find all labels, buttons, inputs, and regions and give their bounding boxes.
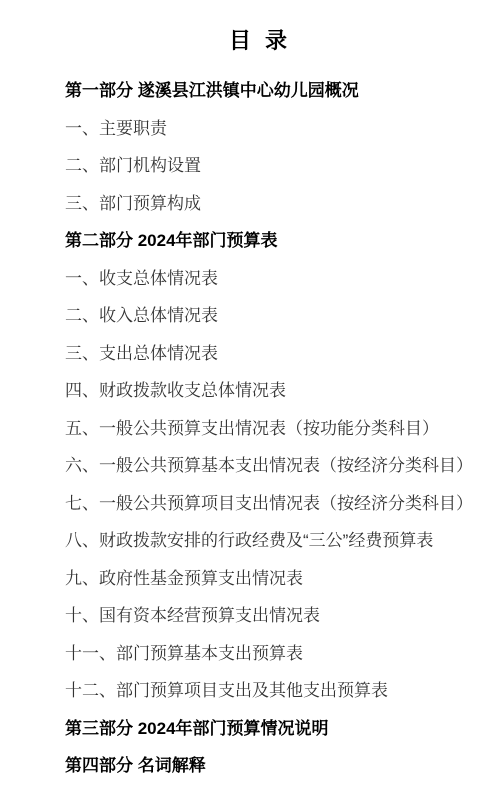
- toc-section-heading: 第四部分 名词解释: [65, 747, 464, 785]
- toc-item: 二、收入总体情况表: [65, 297, 464, 335]
- toc-item: 二、部门机构设置: [65, 147, 464, 185]
- toc-item: 七、一般公共预算项目支出情况表（按经济分类科目）: [65, 485, 464, 523]
- toc-item: 八、财政拨款安排的行政经费及“三公”经费预算表: [65, 522, 464, 560]
- toc-section-heading: 第二部分 2024年部门预算表: [65, 222, 464, 260]
- toc-list: 第一部分 遂溪县江洪镇中心幼儿园概况一、主要职责二、部门机构设置三、部门预算构成…: [0, 72, 494, 785]
- toc-item: 十、国有资本经营预算支出情况表: [65, 597, 464, 635]
- toc-item: 十一、部门预算基本支出预算表: [65, 635, 464, 673]
- toc-section-heading: 第一部分 遂溪县江洪镇中心幼儿园概况: [65, 72, 464, 110]
- toc-item: 九、政府性基金预算支出情况表: [65, 560, 464, 598]
- document-page: 目 录 第一部分 遂溪县江洪镇中心幼儿园概况一、主要职责二、部门机构设置三、部门…: [0, 0, 494, 790]
- toc-item: 一、主要职责: [65, 110, 464, 148]
- toc-item: 三、支出总体情况表: [65, 335, 464, 373]
- toc-item: 五、一般公共预算支出情况表（按功能分类科目）: [65, 410, 464, 448]
- toc-item: 一、收支总体情况表: [65, 260, 464, 298]
- toc-item: 四、财政拨款收支总体情况表: [65, 372, 464, 410]
- toc-item: 六、一般公共预算基本支出情况表（按经济分类科目）: [65, 447, 464, 485]
- toc-section-heading: 第三部分 2024年部门预算情况说明: [65, 710, 464, 748]
- page-title: 目 录: [0, 0, 494, 54]
- toc-item: 十二、部门预算项目支出及其他支出预算表: [65, 672, 464, 710]
- toc-item: 三、部门预算构成: [65, 185, 464, 223]
